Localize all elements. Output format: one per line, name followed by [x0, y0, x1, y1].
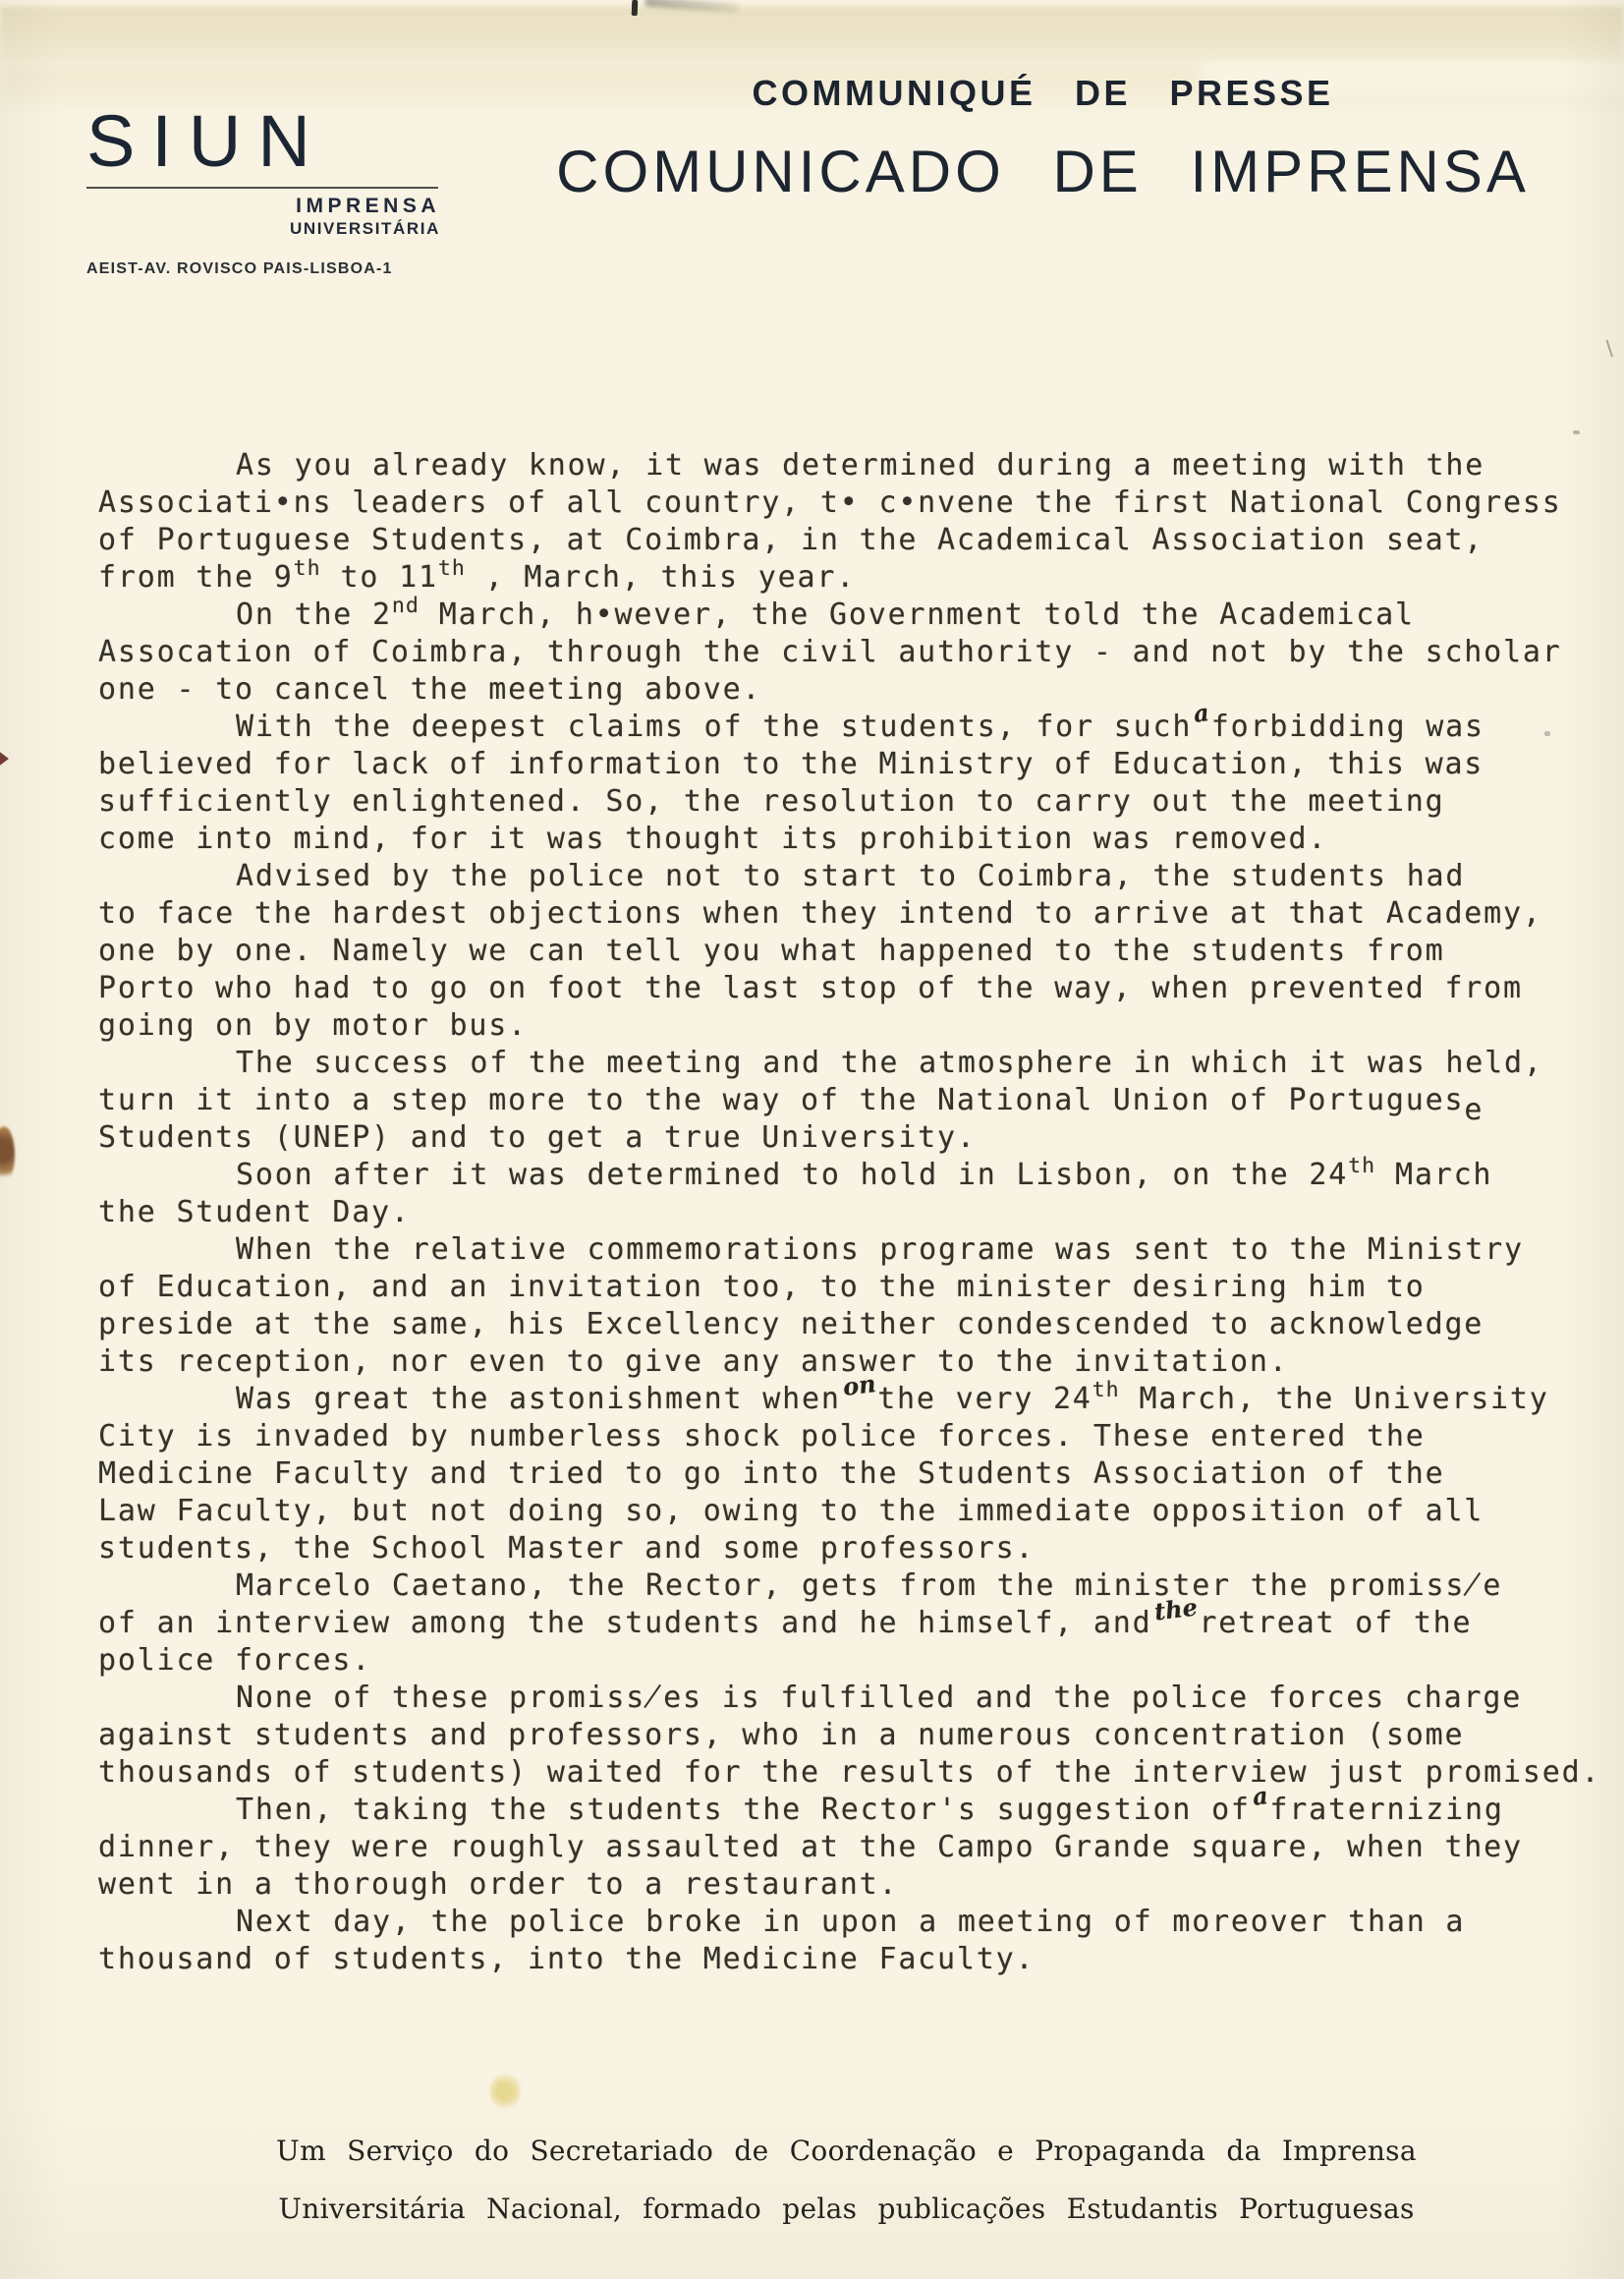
- document-body: As you already know, it was determined d…: [98, 447, 1624, 1978]
- press-release-page: SIUN IMPRENSA UNIVERSITÁRIA AEIST-AV. RO…: [0, 0, 1624, 2279]
- body-line: turn it into a step more to the way of t…: [98, 1082, 1624, 1119]
- body-line: Associati•ns leaders of all country, t• …: [98, 484, 1624, 522]
- body-line: thousands of students) waited for the re…: [98, 1754, 1624, 1792]
- body-line: of Portuguese Students, at Coimbra, in t…: [98, 522, 1624, 559]
- body-line: sufficiently enlightened. So, the resolu…: [98, 783, 1624, 821]
- letterhead: SIUN IMPRENSA UNIVERSITÁRIA AEIST-AV. RO…: [86, 102, 440, 278]
- body-line: Soon after it was determined to hold in …: [98, 1157, 1624, 1194]
- body-line: one - to cancel the meeting above.: [98, 671, 1624, 709]
- body-line: thousand of students, into the Medicine …: [98, 1941, 1624, 1978]
- scan-smudge: [644, 0, 739, 13]
- body-line: of Education, and an invitation too, to …: [98, 1269, 1624, 1306]
- body-line: come into mind, for it was thought its p…: [98, 821, 1624, 858]
- footer-line-2: Universitária Nacional, formado pelas pu…: [147, 2193, 1545, 2225]
- body-line: believed for lack of information to the …: [98, 746, 1624, 783]
- body-line: Porto who had to go on foot the last sto…: [98, 970, 1624, 1007]
- body-line: When the relative commemorations program…: [98, 1231, 1624, 1269]
- imprint-line-2: UNIVERSITÁRIA: [86, 219, 440, 239]
- press-title-french: COMMUNIQUÉ DE PRESSE: [462, 73, 1624, 114]
- paper-stain: [489, 2074, 521, 2109]
- body-line: Law Faculty, but not doing so, owing to …: [98, 1493, 1624, 1530]
- body-line: against students and professors, who in …: [98, 1717, 1624, 1754]
- body-line: went in a thorough order to a restaurant…: [98, 1866, 1624, 1904]
- scan-tick-mark: [632, 0, 639, 16]
- body-line: Assocation of Coimbra, through the civil…: [98, 634, 1624, 671]
- body-line: police forces.: [98, 1642, 1624, 1680]
- body-line: Advised by the police not to start to Co…: [98, 858, 1624, 895]
- body-line: one by one. Namely we can tell you what …: [98, 933, 1624, 970]
- body-line: of an interview among the students and h…: [98, 1605, 1624, 1642]
- body-line: students, the School Master and some pro…: [98, 1530, 1624, 1567]
- body-line: going on by motor bus.: [98, 1007, 1624, 1045]
- body-line: the Student Day.: [98, 1194, 1624, 1231]
- body-line: The success of the meeting and the atmos…: [98, 1045, 1624, 1082]
- paper-edge-mark: [0, 750, 9, 768]
- imprint-line-1: IMPRENSA: [86, 195, 440, 218]
- body-line: Was great the astonishment whenonthe ver…: [98, 1381, 1624, 1418]
- body-line: With the deepest claims of the students,…: [98, 709, 1624, 746]
- body-line: Marcelo Caetano, the Rector, gets from t…: [98, 1567, 1624, 1605]
- body-line: to face the hardest objections when they…: [98, 895, 1624, 933]
- logo-underline: [86, 187, 438, 189]
- body-line: preside at the same, his Excellency neit…: [98, 1306, 1624, 1343]
- body-line: Medicine Faculty and tried to go into th…: [98, 1455, 1624, 1493]
- body-line: Then, taking the students the Rector's s…: [98, 1792, 1624, 1829]
- address-line: AEIST-AV. ROVISCO PAIS-LISBOA-1: [86, 260, 440, 278]
- body-line: Students (UNEP) and to get a true Univer…: [98, 1119, 1624, 1157]
- body-line: As you already know, it was determined d…: [98, 447, 1624, 484]
- titles-block: COMMUNIQUÉ DE PRESSE COMUNICADO DE IMPRE…: [462, 73, 1624, 205]
- body-line: None of these promiss̸es is fulfilled an…: [98, 1680, 1624, 1717]
- imprint-footer: Um Serviço do Secretariado de Coordenaçã…: [147, 2135, 1545, 2225]
- scan-speck: [1606, 337, 1623, 358]
- body-line: On the 2nd March, h•wever, the Governmen…: [98, 597, 1624, 634]
- press-title-portuguese: COMUNICADO DE IMPRENSA: [462, 138, 1624, 205]
- paper-edge-stain: [0, 1126, 15, 1183]
- body-line: dinner, they were roughly assaulted at t…: [98, 1829, 1624, 1866]
- footer-line-1: Um Serviço do Secretariado de Coordenaçã…: [147, 2135, 1545, 2167]
- body-line: City is invaded by numberless shock poli…: [98, 1418, 1624, 1455]
- scan-shading-band: [0, 6, 1624, 61]
- body-line: from the 9th to 11th , March, this year.: [98, 559, 1624, 597]
- siun-logo: SIUN: [86, 102, 440, 181]
- scan-speck: [1573, 430, 1580, 434]
- body-line: Next day, the police broke in upon a mee…: [98, 1904, 1624, 1941]
